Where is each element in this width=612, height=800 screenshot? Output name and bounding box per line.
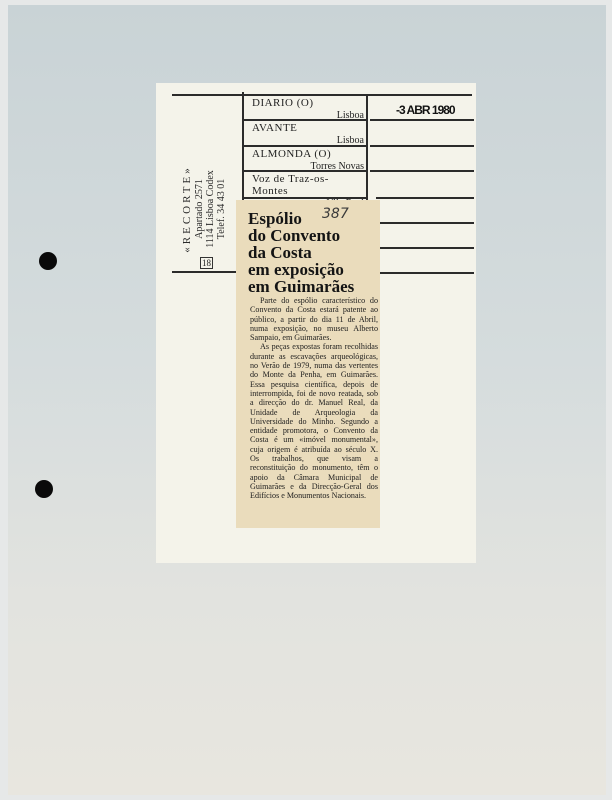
date-stamp: -3 ABR 1980	[396, 103, 455, 117]
agency-name: «RECORTE»	[181, 154, 193, 264]
article-paragraph: As peças expostas foram recolhidas duran…	[250, 342, 378, 500]
rule-line	[378, 272, 474, 274]
rule-line	[370, 145, 474, 147]
publication-city: Lisboa	[252, 135, 364, 146]
agency-phone: Telef. 34 43 01	[216, 154, 227, 264]
rule-line	[376, 197, 474, 199]
rule-line	[172, 94, 472, 96]
sheet-number: 18	[200, 257, 213, 269]
column-divider	[366, 94, 368, 202]
headline-line: da Costa	[248, 244, 378, 261]
publication-row: DIARIO (O) Lisboa	[252, 97, 364, 121]
rule-line	[370, 119, 474, 121]
rule-line	[370, 170, 474, 172]
punch-hole-top	[39, 252, 57, 270]
punch-hole-bottom	[35, 480, 53, 498]
headline-line: em Guimarães	[248, 278, 378, 295]
article-paragraph: Parte do espólio característico do Conve…	[250, 296, 378, 342]
publication-row: ALMONDA (O) Torres Novas	[252, 148, 364, 172]
rule-line	[378, 247, 474, 249]
column-divider	[242, 92, 244, 202]
headline-line: do Convento	[248, 227, 378, 244]
headline-line: em exposição	[248, 261, 378, 278]
article-body: Parte do espólio característico do Conve…	[250, 296, 378, 501]
rule-line	[378, 222, 474, 224]
publication-name: DIARIO (O)	[252, 97, 364, 109]
newspaper-clipping: Espólio do Convento da Costa em exposiçã…	[236, 200, 380, 528]
rule-line	[172, 271, 236, 273]
headline: Espólio do Convento da Costa em exposiçã…	[248, 210, 378, 295]
publication-name: Voz de Traz-os-Montes	[252, 173, 364, 197]
publication-name: ALMONDA (O)	[252, 148, 364, 160]
publication-row: AVANTE Lisboa	[252, 122, 364, 146]
publication-city: Lisboa	[252, 110, 364, 121]
publication-name: AVANTE	[252, 122, 364, 134]
publication-city: Torres Novas	[252, 161, 364, 172]
agency-address-2: 1114 Lisboa Codex	[205, 154, 216, 264]
handwritten-number: 387	[322, 206, 349, 222]
headline-line: Espólio	[248, 210, 378, 227]
agency-address-1: Apartado 2571	[194, 154, 205, 264]
